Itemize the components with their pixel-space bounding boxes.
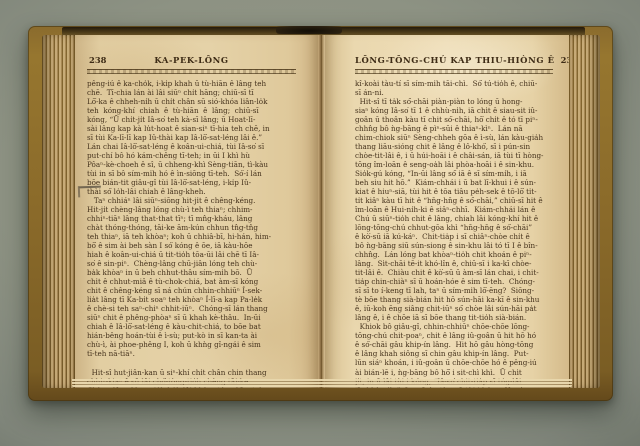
left-page-text: 238 KA-PEK-LÔNG pêng-iú ê ka-cho̍k, i-ki… xyxy=(87,55,296,388)
text-line: Chèng-lâng lóng gia̍h-ba̍k lâi khòaⁿ tén… xyxy=(87,386,296,388)
text-line: lâng ê, i ê chōe iā sī bōe thang tit-tio… xyxy=(355,313,553,322)
text-line: tōng-chú chit-poaⁿ, chit ê lâng iû-goân … xyxy=(355,331,553,340)
text-line: Hit-ji̍t chèng-lâng lóng chù-ì teh thiaⁿ… xyxy=(87,205,296,214)
text-line: sài lâng kap kà lu̍t-hoat ê sian-siⁿ tī-… xyxy=(87,124,296,133)
left-page: 238 KA-PEK-LÔNG pêng-iú ê ka-cho̍k, i-ki… xyxy=(75,35,318,388)
text-line: tè bōe thang sià-bián hit hō sún-hāi ka-… xyxy=(355,295,553,304)
text-line: tī-teh nā-tiāⁿ. xyxy=(87,349,296,358)
open-pages: 238 KA-PEK-LÔNG pêng-iú ê ka-cho̍k, i-ki… xyxy=(42,35,600,388)
text-line: ê kò͘-sū iā kú-káⁿ. Chit-tia̍p i sī chiâ… xyxy=(355,232,553,241)
text-line: goân ū thoân kàu tī chit só͘-chāi, hō͘ c… xyxy=(355,115,553,124)
text-line: hián-bêng hoán-tùi ê ì-sù; put-kò in sī … xyxy=(87,331,296,340)
right-running-head: LŌNG-TŌNG-CHÚ KAP THIU-HIÒNG Ê239 xyxy=(355,55,553,67)
text-line: sī sī to í-keng tī lah, taⁿ ū sím-mi̍h l… xyxy=(355,286,553,295)
text-line: chhn̂g bô ǹg-bāng ê pìⁿ-sūi ê thiaⁿ-kìⁿ.… xyxy=(355,124,553,133)
text-line: chhiⁿ-kiaⁿ ê sū lâi chó͘-tòng-tio̍h chèn… xyxy=(87,377,296,386)
text-line: ài bián-lē i, ǹg-bāng bô hō͘ i sit-chì k… xyxy=(355,368,553,377)
text-line: lōng-tōng-chú chhut-gōa khì “hn̄g-hn̄g ê… xyxy=(355,223,553,232)
text-line: siūⁿ chit ê phêng-phòaⁿ sī ū khah kè-thâ… xyxy=(87,313,296,322)
text-line: Taⁿ chhiáⁿ lâi siūⁿ-siōng hit-ji̍t ê chê… xyxy=(87,196,296,205)
text-line: hiah ê koân-ui-chiá ū tit-tio̍h tōa-ūi l… xyxy=(87,250,296,259)
text-line: tōng îm-loān ê seng-oa̍h lâi phòa-hoāi i… xyxy=(355,160,553,169)
text-line: ê chè-si teh saⁿ-chiⁿ chhit-iūⁿ. Chóng-s… xyxy=(87,304,296,313)
text-line: chhn̂g. Lán lóng bat khòaⁿ-tio̍h chit kh… xyxy=(355,250,553,259)
text-line: lia̍t lâng tī Ka-bi̍t soaⁿ teh khòaⁿ Í-l… xyxy=(87,295,296,304)
text-line: chim-chiok siūⁿ Sèng-chheh gōa ê ì-sù, l… xyxy=(355,133,553,142)
text-line: put-chí bô hó kám-chêng tī-teh; in ūi I … xyxy=(87,151,296,160)
text-line: Hit-sî tī ta̍k só͘-chāi piàn-piàn to lón… xyxy=(355,97,553,106)
left-page-number: 238 xyxy=(89,55,106,65)
text-line: ti̍t kiâⁿ kàu tī hit ê “hn̄g-hn̄g ê só͘-… xyxy=(355,196,553,205)
text-line: thài só͘ lo̍h-lâi chiah ê lâng-kheh. xyxy=(87,187,296,196)
left-running-head: 238 KA-PEK-LÔNG xyxy=(87,55,296,67)
text-line: Chú ū siūⁿ-tio̍h chit ê lâng, chiah lâi … xyxy=(355,214,553,223)
text-line: ê só͘-chāi gâu khip-ín lâng. Hit hō gâu … xyxy=(355,340,553,349)
text-line: tia̍p chin-chiàⁿ sī ū hoán-hóe ê sim tī-… xyxy=(355,277,553,286)
text-line: ba̍k khòaⁿ in ū beh chhut-thâu sím-mi̍h … xyxy=(87,268,296,277)
page-edge-stack-right xyxy=(569,35,600,388)
text-line: chù-ì, ài phoe-phêng I, koh ū khǹg gî-ng… xyxy=(87,340,296,349)
text-line xyxy=(87,358,296,367)
text-line: ê lâng khah siông sī chin gâu khip-ín lâ… xyxy=(355,349,553,358)
text-line: tit-lâi ê. Chiàu chit ê kò͘-sū ū àm-sī l… xyxy=(355,268,553,277)
text-line: sī tùi Ka-lī-lī kap Iû-thài kap Iâ-lō͘-s… xyxy=(87,133,296,142)
left-running-head-title: KA-PEK-LÔNG xyxy=(154,55,228,65)
right-page-text: LŌNG-TŌNG-CHÚ KAP THIU-HIÒNG Ê239 kî-koà… xyxy=(355,55,553,388)
right-page: LŌNG-TŌNG-CHÚ KAP THIU-HIÒNG Ê239 kî-koà… xyxy=(325,35,569,388)
text-line: Hit-sî hut-jiân-kan ū siⁿ-khí chi̍t chân… xyxy=(87,368,296,377)
text-line: kiat ê hiuⁿ-siā, tùi hit ê tōa tiâu pe̍h… xyxy=(355,187,553,196)
text-line: pêng-iú ê ka-cho̍k, i-ki̍p khah ū tù-hiā… xyxy=(87,79,296,88)
text-line: tī chhù-ni̍h.” In mā ún-tàng ū tùi i kón… xyxy=(355,386,553,388)
text-line: beh siu hit hō.” Kiám-chhái i ū bat lī-k… xyxy=(355,178,553,187)
text-line: Pôaⁿ-kè-choeh ê sî, ū chheng-khì Sèng-ti… xyxy=(87,160,296,169)
text-line: siaⁿ kóng Iâ-so͘ tī 1 ê chhù-ni̍h, iā ch… xyxy=(355,106,553,115)
text-line: chàt thóng-thóng, tāi-ke ām-kún chhun tn… xyxy=(87,223,296,232)
text-line: Lō͘-ka ê chheh-ni̍h ū chi̍t chân sū sió-… xyxy=(87,97,296,106)
book-gutter xyxy=(318,35,325,388)
text-line: Khiok bô giâu-gî, chhin-chhiūⁿ chōe-chōe… xyxy=(355,322,553,331)
left-head-rule xyxy=(87,69,296,74)
text-line: teh kóng-khí chiah ê tù-hiān ê lâng; chi… xyxy=(87,106,296,115)
right-page-number: 239 xyxy=(561,55,569,65)
text-line: chòe-tit-lâi ê, i ū húi-hoāi i ê châi-sá… xyxy=(355,151,553,160)
text-line: lūn siáⁿ khoán, i iû-goân ū chōe-chōe hó… xyxy=(355,358,553,367)
text-line: chhiⁿ-tiāⁿ lâng that-that tīⁿ; tī mn̂g-k… xyxy=(87,214,296,223)
text-line: tùi in sī bô sím-mi̍h hó ê ìn-siōng tī-t… xyxy=(87,169,296,178)
right-running-head-title: LŌNG-TŌNG-CHÚ KAP THIU-HIÒNG Ê xyxy=(355,55,555,65)
text-line: lâng. Si̍t-chāi tē-it khó-lîn ê, chiū-sī… xyxy=(355,259,553,268)
text-line: bō͘ ê sim ài beh sàn I só͘ kóng ê ōe, iā… xyxy=(87,241,296,250)
page-edge-stack-left xyxy=(42,35,75,388)
text-line: chit ê chêng-kéng sī ná chún chhin-chhiū… xyxy=(87,286,296,295)
book: 238 KA-PEK-LÔNG pêng-iú ê ka-cho̍k, i-ki… xyxy=(28,26,613,401)
text-line: chiah ê Iâ-lō͘-sat-léng ê kàu-chit-chiá,… xyxy=(87,322,296,331)
text-line: bōe bián-tit giâu-gî tùi Iâ-lō͘-sat-léng… xyxy=(87,178,296,187)
spine-headband xyxy=(276,26,342,34)
text-line: Lán chai Iâ-lō͘-sat-léng ê koân-ui-chiá,… xyxy=(87,142,296,151)
left-body-text: pêng-iú ê ka-cho̍k, i-ki̍p khah ū tù-hiā… xyxy=(87,79,296,388)
text-line: kóng, “Ū chi̍t-ji̍t Iâ-so͘ teh kà-sī lân… xyxy=(87,115,296,124)
text-line: chē. Tī-chia lán ài lâi siūⁿ chi̍t hāng;… xyxy=(87,88,296,97)
text-line: ji̍t, in ū lâi tùi i kóng, “Iâ-so͘ chit-… xyxy=(355,377,553,386)
text-line: ê, iū-koh ēng siâng chit-iūⁿ só͘ chòe lâ… xyxy=(355,304,553,313)
text-line: thang liāu-sióng chit ê lâng ê lô-khó͘, … xyxy=(355,142,553,151)
text-line: Sio̍k-gú kóng, “In-ūi lâng só͘ iā ê sī s… xyxy=(355,169,553,178)
text-line: kî-koài tàu-tí sī sím-mi̍h tāi-chì. Só͘ … xyxy=(355,79,553,88)
text-line: îm-loān ê Hui-ni̍h-ki ê siâⁿ-chhī. Kiám-… xyxy=(355,205,553,214)
text-line: sī án-ni. xyxy=(355,88,553,97)
text-line: chi̍t ê chhut-miâ ê tù-chok-chiá, bat àm… xyxy=(87,277,296,286)
text-line: so͘ ê sin-piⁿ. Chèng-lâng chū-jiân lóng … xyxy=(87,259,296,268)
text-line: teh thiaⁿ, iā teh khòaⁿ; koh ū chhiâ-bī,… xyxy=(87,232,296,241)
photo-background: 238 KA-PEK-LÔNG pêng-iú ê ka-cho̍k, i-ki… xyxy=(0,0,640,446)
right-body-text: kî-koài tàu-tí sī sím-mi̍h tāi-chì. Só͘ … xyxy=(355,79,553,388)
right-head-rule xyxy=(355,69,553,74)
text-line: bô ǹg-bāng siū sún-siong ê sin-khu lâi t… xyxy=(355,241,553,250)
